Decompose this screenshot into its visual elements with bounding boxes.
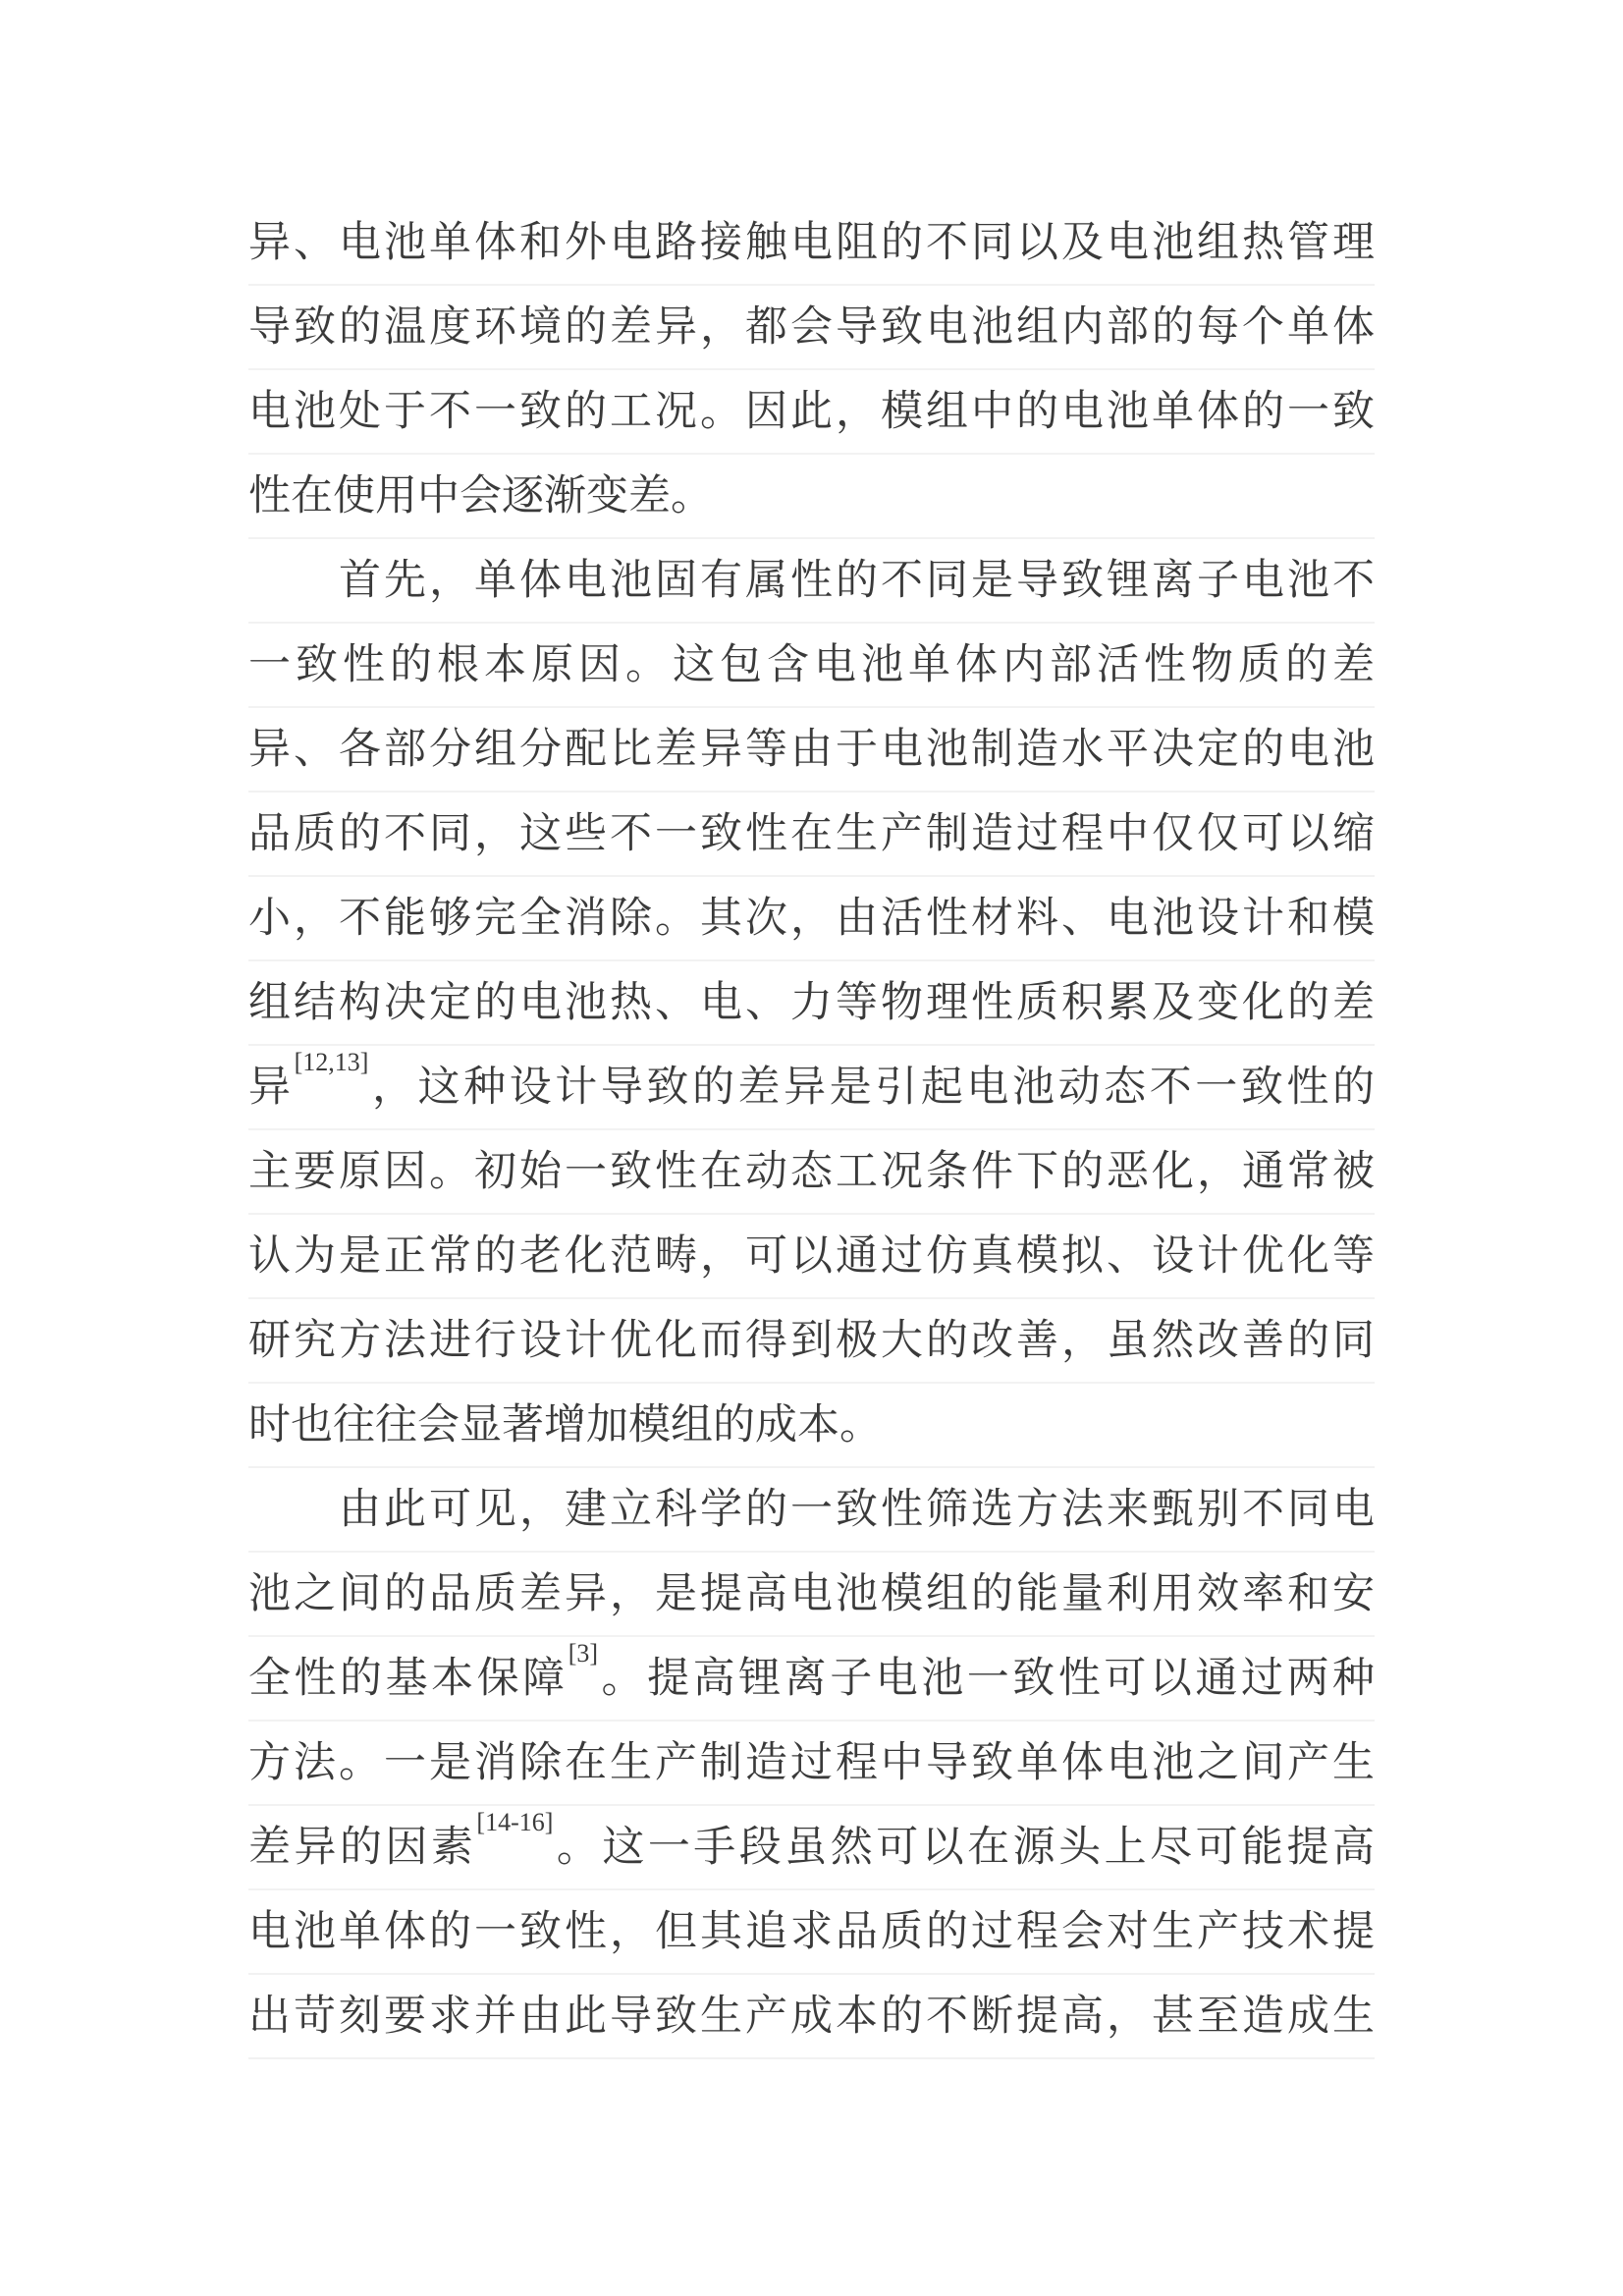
citation-marker: [12,13] bbox=[295, 1048, 369, 1076]
text-line: 组结构决定的电池热、电、力等物理性质积累及变化的差 bbox=[248, 961, 1375, 1046]
page: 异、电池单体和外电路接触电阻的不同以及电池组热管理 导致的温度环境的差异，都会导… bbox=[0, 0, 1623, 2296]
text-line: 池之间的品质差异，是提高电池模组的能量利用效率和安 bbox=[248, 1553, 1375, 1637]
text-line: 小，不能够完全消除。其次，由活性材料、电池设计和模 bbox=[248, 877, 1375, 961]
text-line: 电池处于不一致的工况。因此，模组中的电池单体的一致 bbox=[248, 370, 1375, 455]
text-line: 品质的不同，这些不一致性在生产制造过程中仅仅可以缩 bbox=[248, 793, 1375, 877]
text-line: 异、电池单体和外电路接触电阻的不同以及电池组热管理 bbox=[248, 201, 1375, 286]
text-line: 研究方法进行设计优化而得到极大的改善，虽然改善的同 bbox=[248, 1299, 1375, 1384]
text-line: 时也往往会显著增加模组的成本。 bbox=[248, 1384, 1375, 1468]
text-line: 出苛刻要求并由此导致生产成本的不断提高，甚至造成生 bbox=[248, 1975, 1375, 2059]
text-line: 由此可见，建立科学的一致性筛选方法来甄别不同电 bbox=[248, 1468, 1375, 1553]
text-line: 异、各部分组分配比差异等由于电池制造水平决定的电池 bbox=[248, 708, 1375, 793]
text-line: 电池单体的一致性，但其追求品质的过程会对生产技术提 bbox=[248, 1890, 1375, 1975]
citation-marker: [3] bbox=[568, 1639, 598, 1667]
text-line: 一致性的根本原因。这包含电池单体内部活性物质的差 bbox=[248, 624, 1375, 708]
text-segment: ，这种设计导致的差异是引起电池动态不一致性的 bbox=[368, 1065, 1375, 1111]
text-line: 导致的温度环境的差异，都会导致电池组内部的每个单体 bbox=[248, 286, 1375, 370]
text-segment: 全性的基本保障 bbox=[248, 1656, 568, 1702]
text-segment: 差异的因素 bbox=[248, 1825, 476, 1871]
text-line: 认为是正常的老化范畴，可以通过仿真模拟、设计优化等 bbox=[248, 1215, 1375, 1299]
text-line: 方法。一是消除在生产制造过程中导致单体电池之间产生 bbox=[248, 1722, 1375, 1806]
text-line: 异[12,13]，这种设计导致的差异是引起电池动态不一致性的 bbox=[248, 1046, 1375, 1130]
text-segment: 。提高锂离子电池一致性可以通过两种 bbox=[598, 1656, 1375, 1702]
text-line: 首先，单体电池固有属性的不同是导致锂离子电池不 bbox=[248, 539, 1375, 624]
text-line: 全性的基本保障[3]。提高锂离子电池一致性可以通过两种 bbox=[248, 1637, 1375, 1722]
text-line: 主要原因。初始一致性在动态工况条件下的恶化，通常被 bbox=[248, 1130, 1375, 1215]
text-line: 性在使用中会逐渐变差。 bbox=[248, 455, 1375, 539]
citation-marker: [14-16] bbox=[476, 1808, 553, 1836]
text-line: 差异的因素[14-16]。这一手段虽然可以在源头上尽可能提高 bbox=[248, 1806, 1375, 1890]
body-text: 异、电池单体和外电路接触电阻的不同以及电池组热管理 导致的温度环境的差异，都会导… bbox=[248, 201, 1375, 2059]
text-segment: 。这一手段虽然可以在源头上尽可能提高 bbox=[553, 1825, 1375, 1871]
text-segment: 异 bbox=[248, 1065, 295, 1111]
